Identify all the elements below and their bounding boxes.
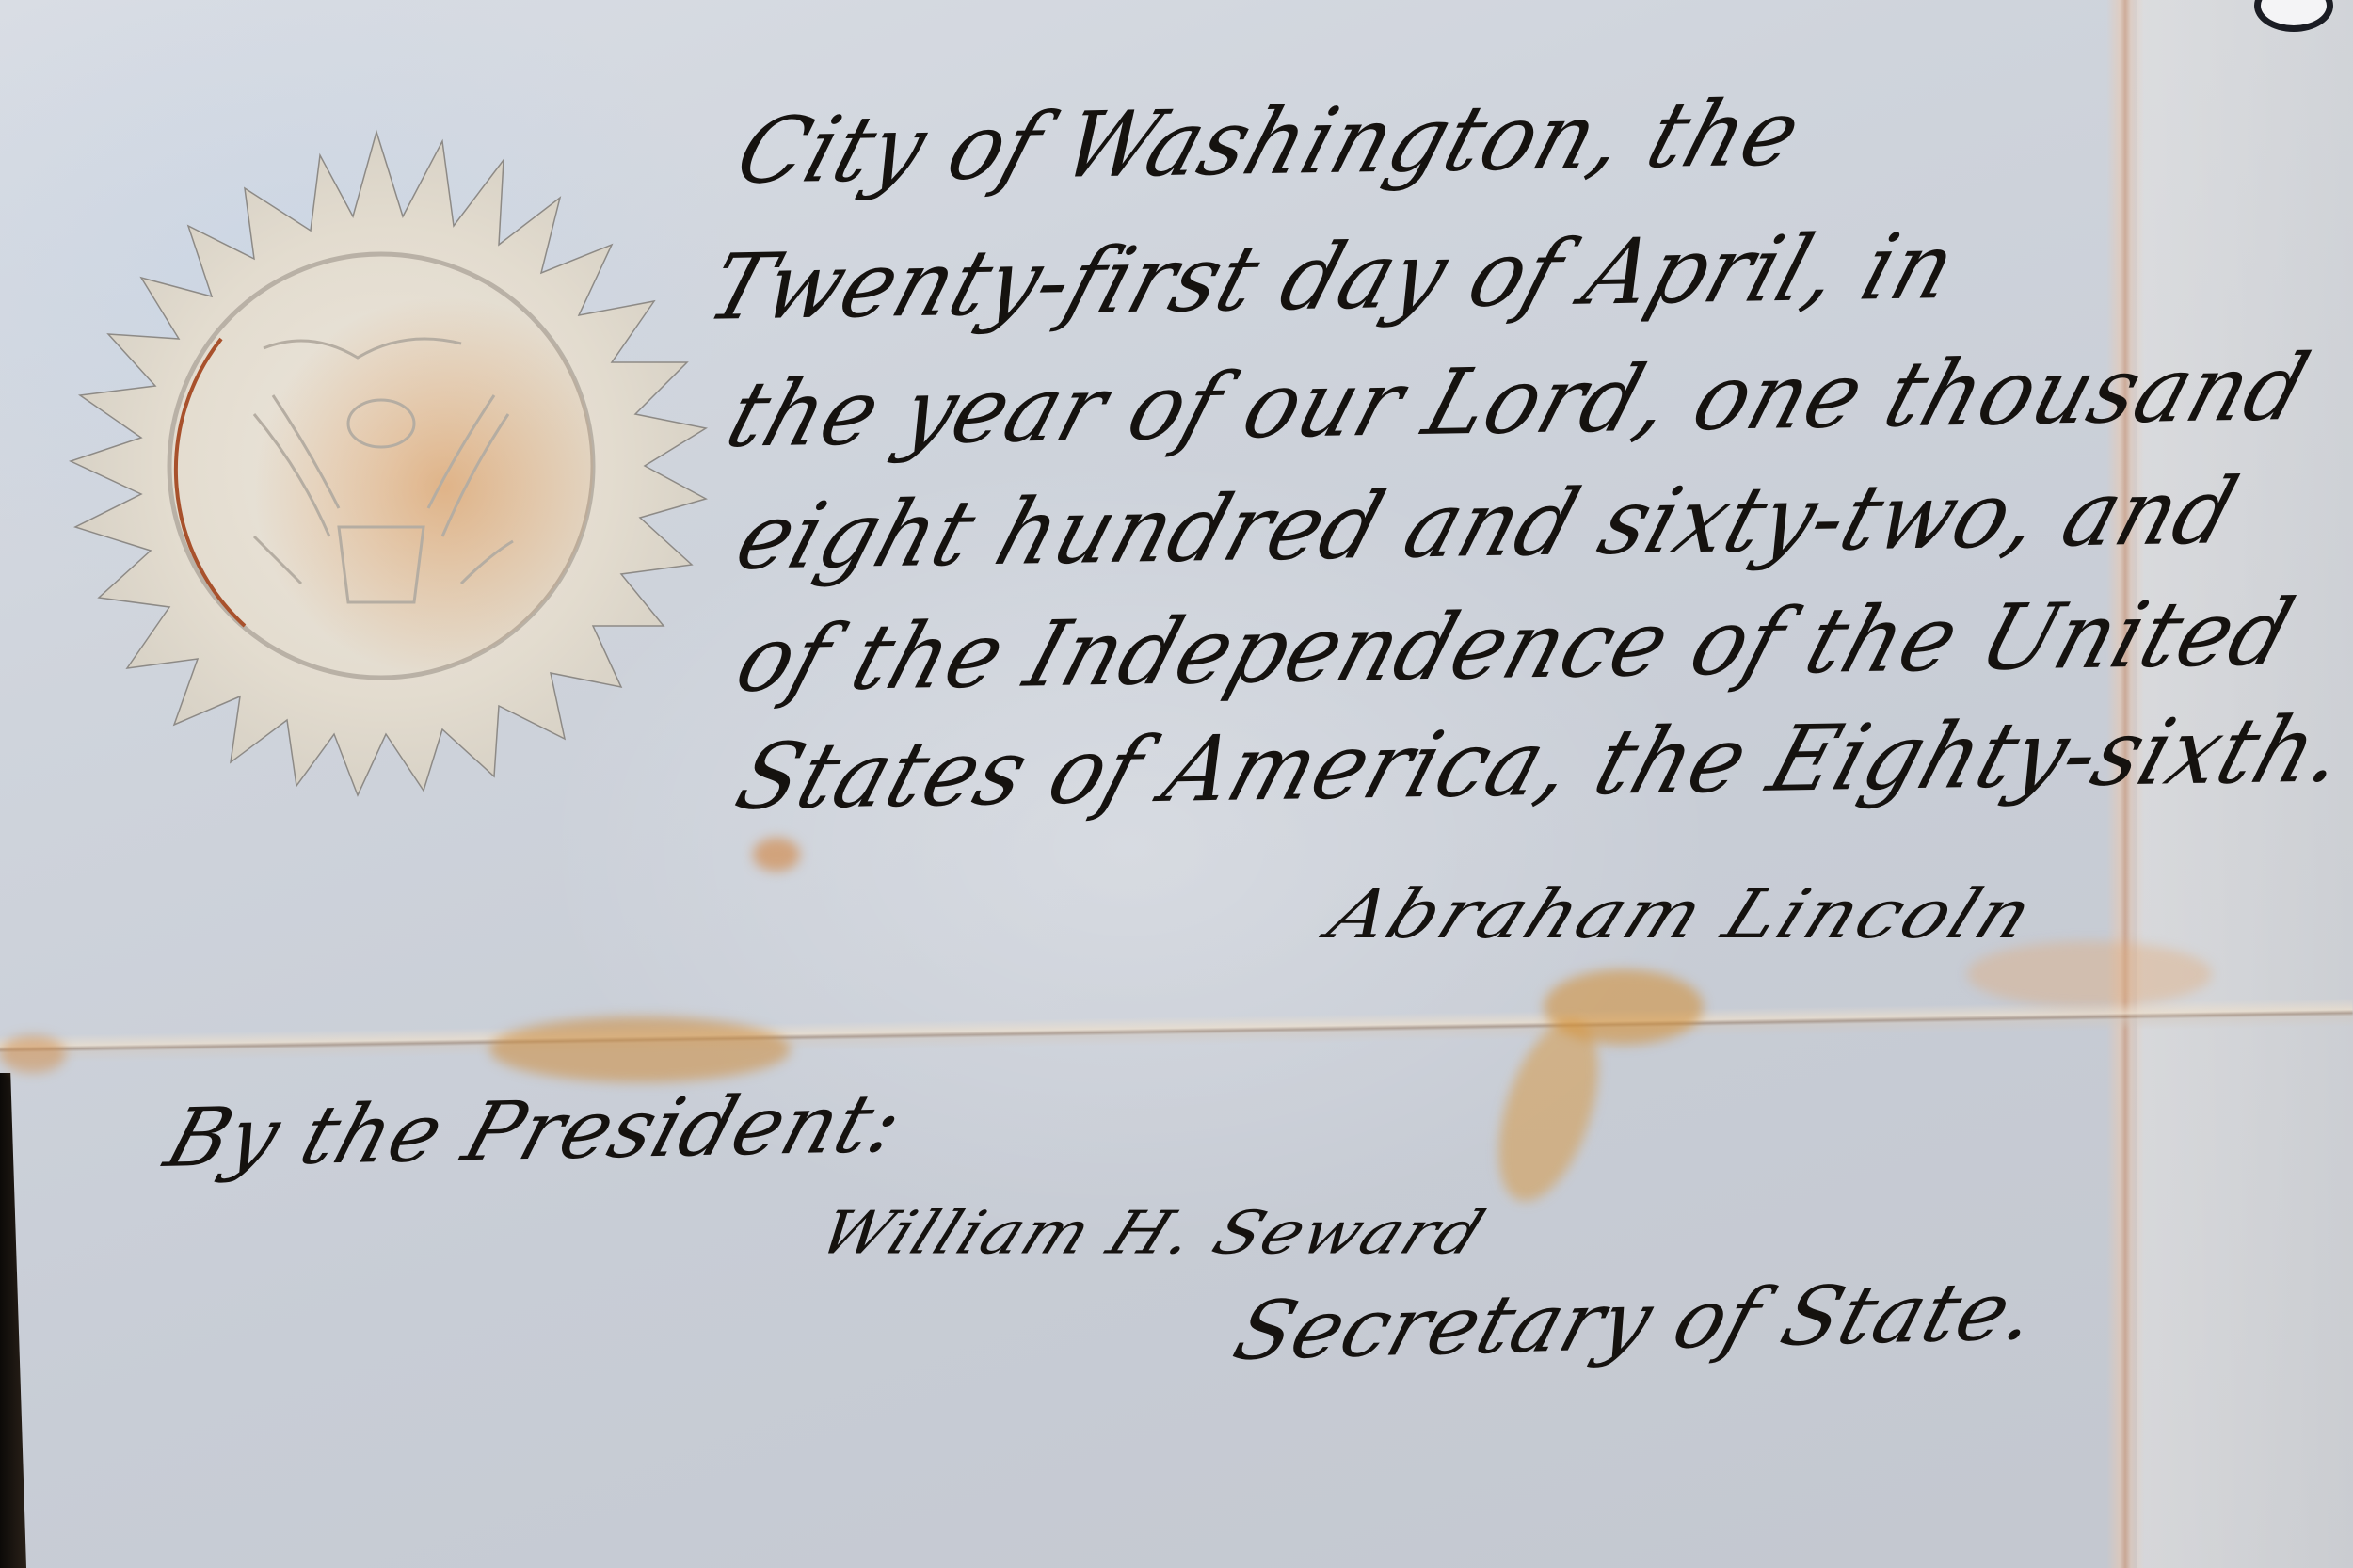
embossed-eagle-seal-icon [28,113,725,809]
rust-stain [0,1035,66,1073]
secretary-title: Secretary of State. [1224,1264,2049,1379]
rust-stain [753,838,800,872]
rust-stain [489,1016,791,1082]
secretary-signature: William H. Seward [809,1198,1496,1268]
attestation-label: By the President: [155,1077,914,1186]
background-edge [0,1073,26,1568]
document-line-3: the year of our Lord, one thousand [715,335,2321,468]
document-line-2: Twenty-first day of April, in [696,214,1968,341]
president-signature: Abraham Lincoln [1318,874,2047,953]
document-line-5: of the Independence of the United [725,580,2306,712]
document-line-1: City of Washington, the [725,80,1814,204]
horizontal-fold-crease [0,999,2353,1064]
document-photo: City of Washington, the Twenty-first day… [0,0,2353,1568]
document-line-4: eight hundred and sixty-two, and [725,458,2249,590]
